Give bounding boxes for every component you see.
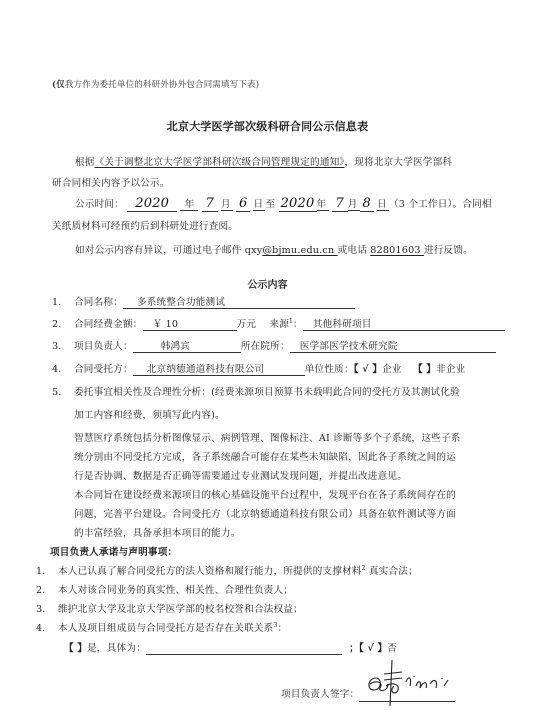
start-year-value: 2020: [135, 196, 169, 211]
source-colon: ：: [293, 319, 303, 330]
end-day-field[interactable]: 8: [360, 196, 374, 212]
dept-field[interactable]: 医学部医学技术研究院: [290, 338, 496, 353]
handwritten-signature-icon: [362, 656, 454, 708]
start-day-field[interactable]: 6: [236, 196, 250, 212]
intro-tail: ，现将北京大学医学部科: [344, 157, 452, 168]
dept-label: 所在院所：: [241, 341, 290, 352]
amount-field[interactable]: ￥ 10: [143, 316, 237, 331]
relation-detail-field[interactable]: [146, 643, 342, 655]
pledge-title: 项目负责人承诺与声明事项：: [50, 544, 177, 558]
item-number: 5.: [52, 387, 74, 398]
item-contract-name: 1.合同名称：多系统整合功能测试: [52, 294, 355, 309]
item-analysis: 5.委托事宜相关性及合理性分析：(经费来源项目预算书未载明此合同的受托方及其测试…: [52, 384, 460, 398]
analysis-label: 委托事宜相关性及合理性分析：(经费来源项目预算书未载明此合同的受托方及其测试化验: [74, 387, 460, 398]
analysis-p1-line-1: 智慧医疗系统包括分析图像显示、病例管理、图像标注、AI 诊断等多个子系统，这些子…: [74, 430, 461, 444]
month-char-2: 月: [348, 196, 360, 211]
end-year-value: 2020: [281, 196, 315, 211]
intro-line-2: 研合同相关内容予以公示。: [52, 175, 170, 189]
end-month-value: 7: [336, 196, 344, 211]
item-number: 4.: [36, 623, 58, 634]
enterprise-checkbox[interactable]: 【 √ 】: [354, 364, 382, 375]
relation-yes-label: 是，具体为：: [87, 643, 146, 654]
source-field[interactable]: 其他科研项目: [303, 316, 505, 331]
note-text: 我方作为委托单位的科研外协外包合同需填写下表): [65, 79, 259, 89]
item-amount: 2.合同经费金额：￥ 10万元 来源1：其他科研项目: [52, 316, 505, 331]
source-label: 来源: [269, 319, 289, 330]
start-year-field[interactable]: 2020: [127, 196, 177, 212]
document-title: 北京大学医学部次级科研合同公示信息表: [0, 118, 535, 134]
item-number: 1.: [36, 566, 58, 577]
amount-value: ￥ 10: [153, 319, 179, 330]
publicity-period: 公示时间： 2020 年 7 月 6 日至 2020年 7月8 日（3 个工作日…: [75, 196, 492, 212]
year-char: 年: [317, 199, 327, 210]
pledge-tail: ：: [278, 623, 288, 634]
relation-no-label: 否: [387, 643, 397, 654]
amount-label: 合同经费金额：: [74, 319, 143, 330]
relation-no-checkbox[interactable]: ；【 √ 】: [349, 643, 387, 654]
contact-tail: 进行反馈。: [424, 245, 473, 256]
analysis-p2-line-3: 的丰富经验，具备承担本项目的能力。: [74, 525, 241, 539]
item-number: 2.: [36, 585, 58, 596]
end-year-field[interactable]: 2020: [279, 196, 317, 212]
workdays: （3 个工作日）。合同相: [389, 199, 492, 210]
year-char: 年: [185, 199, 195, 210]
document-page: (仅我方作为委托单位的科研外协外包合同需填写下表) 北京大学医学部次级科研合同公…: [0, 0, 535, 710]
contact-lead: 如对公示内容有异议，可通过电子邮件 qxy: [75, 245, 262, 256]
month-char: 月: [221, 199, 231, 210]
day-char-1: 日: [253, 196, 265, 211]
pledge-tail: 真实合法；: [366, 566, 418, 577]
source-value: 其他科研项目: [313, 319, 372, 330]
pledge-text: 本人对该合同业务的真实性、相关性、合理性负责人；: [58, 585, 293, 596]
start-month-field[interactable]: 7: [202, 196, 218, 212]
item-number: 2.: [52, 319, 74, 330]
item-number: 3.: [52, 341, 74, 352]
period-label: 公示时间：: [75, 199, 124, 210]
analysis-p1-line-2: 统分别由不同受托方完成，各子系统融合可能存在某些未知缺陷，因此各子系统之间的运: [74, 449, 456, 463]
intro-lead: 根据: [75, 157, 95, 168]
relation-choice: 【 】是，具体为： ；【 √ 】否: [64, 640, 397, 655]
pledge-item-1: 1.本人已认真了解合同受托方的法人资格和履行能力，所提供的支撑材料2 真实合法；: [36, 563, 418, 577]
item-leader: 3.项目负责人：韩鸿宾所在院所：医学部医学技术研究院: [52, 338, 496, 353]
signature-label: 项目负责人签字：: [281, 689, 359, 700]
relation-yes-checkbox[interactable]: 【 】: [64, 643, 87, 654]
contract-name-label: 合同名称：: [74, 297, 123, 308]
pledge-text: 本人已认真了解合同受托方的法人资格和履行能力，所提供的支撑材料: [58, 566, 362, 577]
instruction-note: (仅我方作为委托单位的科研外协外包合同需填写下表): [52, 78, 259, 90]
end-month-field[interactable]: 7: [332, 196, 348, 212]
item-number: 1.: [52, 297, 74, 308]
contractor-value: 北京纳德通道科技有限公司: [147, 364, 265, 375]
period-line-2: 关纸质材料可经预约后到科研处进行查阅。: [52, 218, 238, 232]
contact-line: 如对公示内容有异议，可通过电子邮件 qxy@bjmu.edu.cn 或电话 82…: [75, 242, 473, 256]
notice-link[interactable]: 《关于调整北京大学医学部科研次级合同管理规定的通知》: [95, 157, 345, 168]
end-day-value: 8: [363, 196, 371, 211]
leader-value: 韩鸿宾: [161, 341, 190, 352]
day-char: 日: [377, 199, 387, 210]
enterprise-label: 企业: [382, 364, 402, 375]
item-number: 4.: [52, 364, 74, 375]
dept-value: 医学部医学技术研究院: [300, 341, 398, 352]
leader-field[interactable]: 韩鸿宾: [133, 338, 241, 353]
analysis-p2-line-1: 本合同旨在建设经费来源项目的核心基础设施平台过程中，发现平台在各子系统间存在的: [74, 487, 456, 501]
note-prefix: (仅: [52, 79, 65, 89]
start-month-value: 7: [205, 196, 213, 211]
pledge-text: 维护北京大学及北京大学医学部的校名校誉和合法权益；: [58, 604, 303, 615]
non-enterprise-checkbox[interactable]: 【 】: [413, 364, 436, 375]
pledge-text: 本人及项目组成员与合同受托方是否存在关联关系: [58, 623, 273, 634]
pledge-item-3: 3.维护北京大学及北京大学医学部的校名校誉和合法权益；: [36, 601, 303, 615]
year-char-2: 年: [317, 196, 329, 211]
item-contractor: 4.合同受托方：北京纳德通道科技有限公司单位性质：【 √ 】企业 【 】非企业: [52, 361, 465, 376]
amount-unit: 万元: [237, 319, 257, 330]
email-link[interactable]: @bjmu.edu.cn: [262, 245, 337, 256]
section-title: 公示内容: [0, 276, 535, 291]
analysis-p2-line-2: 问题，完善平台建设。合同受托方（北京纳德通道科技有限公司）具备在软件测试等方面: [74, 506, 456, 520]
start-day-value: 6: [239, 196, 247, 211]
day-char-2: 日: [377, 196, 389, 211]
analysis-label-2: 加工内容和经费，须填写此内容)。: [74, 407, 225, 421]
non-enterprise-label: 非企业: [436, 364, 465, 375]
pledge-item-2: 2.本人对该合同业务的真实性、相关性、合理性负责人；: [36, 582, 293, 596]
intro-line-1: 根据《关于调整北京大学医学部科研次级合同管理规定的通知》，现将北京大学医学部科: [75, 154, 452, 168]
month-char-1: 月: [221, 196, 233, 211]
phone-link[interactable]: 82801603: [370, 245, 424, 256]
contract-name-value: 多系统整合功能测试: [137, 297, 225, 308]
analysis-p1-line-3: 行是否协调、数据是否正确等需要通过专业测试发现问题，并提出改进意见。: [74, 468, 407, 482]
contract-name-field[interactable]: 多系统整合功能测试: [123, 294, 355, 309]
contractor-field[interactable]: 北京纳德通道科技有限公司: [133, 361, 305, 376]
item-number: 3.: [36, 604, 58, 615]
month-char: 月: [348, 199, 358, 210]
nature-label: 单位性质：: [305, 364, 354, 375]
year-char-1: 年: [180, 196, 198, 211]
period-to: 至: [265, 199, 275, 210]
day-char: 日: [253, 199, 263, 210]
contact-mid: 或电话: [338, 245, 371, 256]
contractor-label: 合同受托方：: [74, 364, 133, 375]
leader-label: 项目负责人：: [74, 341, 133, 352]
pledge-item-4: 4.本人及项目组成员与合同受托方是否存在关联关系3：: [36, 620, 287, 634]
